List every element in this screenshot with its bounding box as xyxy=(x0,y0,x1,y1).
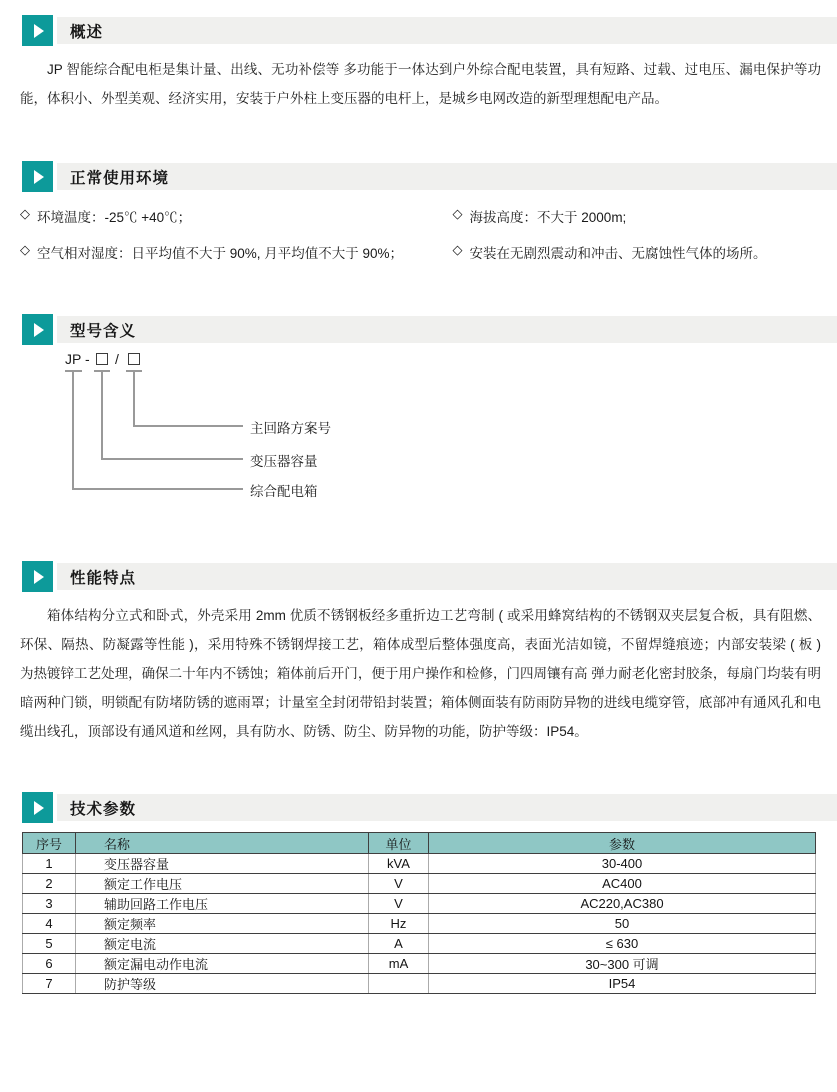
features-paragraph: 箱体结构分立式和卧式，外壳采用 2mm 优质不锈钢板经多重折边工艺弯制 ( 或采… xyxy=(20,601,821,746)
cell-unit: V xyxy=(369,874,429,894)
model-prefix: JP - xyxy=(65,351,90,367)
environment-item: ◇ 海拔高度：不大于 2000m; xyxy=(453,206,821,226)
model-placeholder-box xyxy=(96,353,108,365)
play-triangle-icon xyxy=(34,801,44,815)
environment-item-text: 环境温度：-25℃ +40℃； xyxy=(37,206,191,226)
cell-unit: mA xyxy=(369,954,429,974)
play-triangle-icon xyxy=(34,323,44,337)
section-title-environment: 正常使用环境 xyxy=(70,166,169,188)
cell-index: 5 xyxy=(23,934,76,954)
connector-line xyxy=(133,370,135,427)
table-row: 7 防护等级 IP54 xyxy=(23,974,816,994)
section-header-parameters: 技术参数 xyxy=(22,792,837,823)
play-triangle-icon xyxy=(34,170,44,184)
section-header-environment: 正常使用环境 xyxy=(22,161,837,192)
table-row: 2 额定工作电压 V AC400 xyxy=(23,874,816,894)
model-label-box: 综合配电箱 xyxy=(250,480,318,500)
cell-name: 额定频率 xyxy=(76,914,369,934)
section-arrow-icon xyxy=(22,161,53,192)
connector-line xyxy=(101,458,243,460)
cell-value: AC400 xyxy=(429,874,816,894)
environment-item-text: 海拔高度：不大于 2000m; xyxy=(470,206,627,226)
table-row: 3 辅助回路工作电压 V AC220,AC380 xyxy=(23,894,816,914)
column-header-value: 参数 xyxy=(429,833,816,854)
environment-item-text: 安装在无剧烈震动和冲击、无腐蚀性气体的场所。 xyxy=(470,242,767,262)
cell-value: 30~300 可调 xyxy=(429,954,816,974)
column-header-index: 序号 xyxy=(23,833,76,854)
section-arrow-icon xyxy=(22,792,53,823)
section-arrow-icon xyxy=(22,561,53,592)
cell-index: 1 xyxy=(23,854,76,874)
cell-index: 4 xyxy=(23,914,76,934)
cell-value: AC220,AC380 xyxy=(429,894,816,914)
diamond-bullet-icon: ◇ xyxy=(20,206,30,222)
cell-unit: V xyxy=(369,894,429,914)
diamond-bullet-icon: ◇ xyxy=(453,206,463,222)
model-label-scheme: 主回路方案号 xyxy=(250,417,331,437)
table-row: 1 变压器容量 kVA 30-400 xyxy=(23,854,816,874)
environment-item: ◇ 安装在无剧烈震动和冲击、无腐蚀性气体的场所。 xyxy=(453,242,821,262)
environment-item-text: 空气相对湿度：日平均值不大于 90%, 月平均值不大于 90%； xyxy=(37,242,403,262)
model-label-capacity: 变压器容量 xyxy=(250,450,318,470)
column-header-unit: 单位 xyxy=(369,833,429,854)
cell-index: 7 xyxy=(23,974,76,994)
cell-name: 辅助回路工作电压 xyxy=(76,894,369,914)
cell-value: 30-400 xyxy=(429,854,816,874)
cell-name: 额定工作电压 xyxy=(76,874,369,894)
cell-name: 防护等级 xyxy=(76,974,369,994)
section-title-overview: 概述 xyxy=(70,20,103,42)
technical-parameters-table: 序号 名称 单位 参数 1 变压器容量 kVA 30-400 2 额定工作电压 … xyxy=(22,832,816,994)
overview-paragraph: JP 智能综合配电柜是集计量、出线、无功补偿等 多功能于一体达到户外综合配电装置… xyxy=(20,55,821,113)
cell-value: 50 xyxy=(429,914,816,934)
section-arrow-icon xyxy=(22,314,53,345)
cell-unit: A xyxy=(369,934,429,954)
connector-line xyxy=(72,370,74,490)
section-title-model: 型号含义 xyxy=(70,319,136,341)
model-separator: / xyxy=(115,351,119,367)
section-arrow-icon xyxy=(22,15,53,46)
section-title-bar: 概述 xyxy=(57,17,837,44)
cell-value: IP54 xyxy=(429,974,816,994)
section-header-model: 型号含义 xyxy=(22,314,837,345)
table-row: 6 额定漏电动作电流 mA 30~300 可调 xyxy=(23,954,816,974)
catalog-page: 概述 JP 智能综合配电柜是集计量、出线、无功补偿等 多功能于一体达到户外综合配… xyxy=(0,0,837,1092)
connector-line xyxy=(72,488,243,490)
cell-name: 额定漏电动作电流 xyxy=(76,954,369,974)
table-row: 4 额定频率 Hz 50 xyxy=(23,914,816,934)
environment-item: ◇ 环境温度：-25℃ +40℃； xyxy=(20,206,453,226)
section-title-parameters: 技术参数 xyxy=(70,797,136,819)
connector-line xyxy=(133,425,243,427)
table-header-row: 序号 名称 单位 参数 xyxy=(23,833,816,854)
section-header-overview: 概述 xyxy=(22,15,837,46)
cell-index: 3 xyxy=(23,894,76,914)
table-row: 5 额定电流 A ≤ 630 xyxy=(23,934,816,954)
diamond-bullet-icon: ◇ xyxy=(20,242,30,258)
section-title-bar: 正常使用环境 xyxy=(57,163,837,190)
model-designation-diagram: JP - / 主回路方案号 变压器容量 综合配电箱 xyxy=(65,351,837,509)
cell-unit: Hz xyxy=(369,914,429,934)
cell-index: 2 xyxy=(23,874,76,894)
cell-value: ≤ 630 xyxy=(429,934,816,954)
section-title-features: 性能特点 xyxy=(70,566,136,588)
column-header-name: 名称 xyxy=(76,833,369,854)
section-header-features: 性能特点 xyxy=(22,561,837,592)
environment-item: ◇ 空气相对湿度：日平均值不大于 90%, 月平均值不大于 90%； xyxy=(20,242,453,262)
environment-list: ◇ 环境温度：-25℃ +40℃； ◇ 海拔高度：不大于 2000m; ◇ 空气… xyxy=(20,206,821,262)
cell-name: 变压器容量 xyxy=(76,854,369,874)
play-triangle-icon xyxy=(34,24,44,38)
section-title-bar: 技术参数 xyxy=(57,794,837,821)
cell-unit xyxy=(369,974,429,994)
cell-index: 6 xyxy=(23,954,76,974)
diamond-bullet-icon: ◇ xyxy=(453,242,463,258)
cell-name: 额定电流 xyxy=(76,934,369,954)
cell-unit: kVA xyxy=(369,854,429,874)
play-triangle-icon xyxy=(34,570,44,584)
section-title-bar: 性能特点 xyxy=(57,563,837,590)
model-placeholder-box xyxy=(128,353,140,365)
connector-line xyxy=(101,370,103,460)
section-title-bar: 型号含义 xyxy=(57,316,837,343)
